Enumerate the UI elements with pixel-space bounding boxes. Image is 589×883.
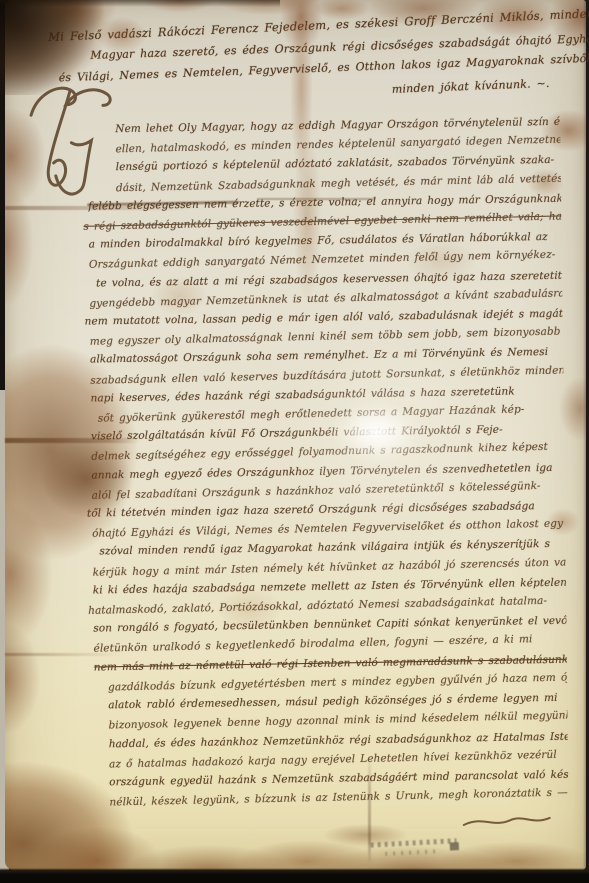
- closing-flourish: [462, 810, 554, 833]
- manuscript-text: Mi Felső vadászi Rákóczi Ferencz Fejedel…: [0, 0, 589, 874]
- manuscript-header-line: minden jókat kívánunk. ~.: [392, 77, 550, 96]
- manuscript-body: Nem lehet Oly Magyar, hogy az eddigh Mag…: [87, 114, 568, 811]
- fold-crease: [5, 653, 120, 656]
- manuscript-paper: Mi Felső vadászi Rákóczi Ferencz Fejedel…: [5, 0, 586, 870]
- fold-crease: [5, 438, 140, 443]
- fold-crease: [5, 206, 195, 210]
- ink-smear: [257, 198, 375, 200]
- photo-frame: Mi Felső vadászi Rákóczi Ferencz Fejedel…: [0, 0, 589, 883]
- photo-border: [0, 868, 589, 883]
